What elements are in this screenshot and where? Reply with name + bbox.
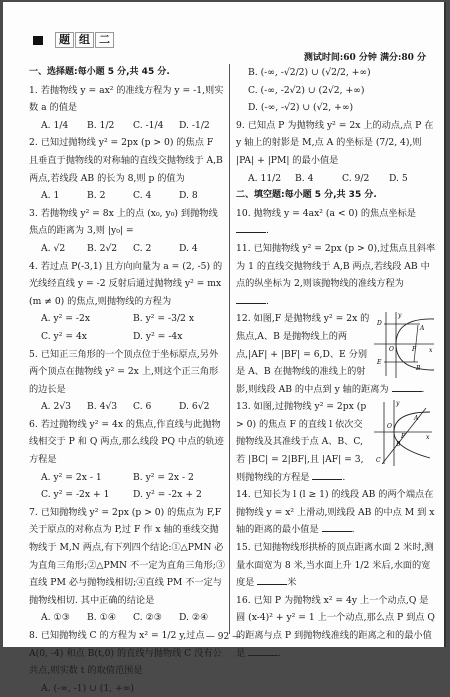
question-6: 6. 若过抛物线 y² = 4x 的焦点,作直线与此抛物线相交于 P 和 Q 两… — [29, 416, 225, 504]
option-d: D. (-∞, -√2) ∪ (√2, +∞) — [236, 99, 436, 117]
column-divider — [229, 64, 230, 634]
options: A. √2 B. 2√2 C. 2 D. 4 — [29, 240, 225, 258]
question-5: 5. 已知正三角形的一个顶点位于坐标原点,另外两个顶点在抛物线 y² = 2x … — [29, 346, 225, 416]
svg-text:A: A — [419, 325, 425, 332]
question-3: 3. 若抛物线 y² = 8x 上的点 (x₀, y₀) 到抛物线焦点的距离为 … — [29, 205, 225, 258]
section-title: 二、填空题:每小题 5 分,共 35 分. — [236, 187, 436, 205]
svg-text:F: F — [411, 346, 417, 353]
options: A. 1 B. 2 C. 4 D. 8 — [29, 187, 225, 205]
page-number: — 92 — — [3, 632, 444, 642]
svg-text:B: B — [415, 365, 421, 372]
question-7: 7. 已知抛物线 y² = 2px (p > 0) 的焦点为 F,F 关于原点的… — [29, 504, 225, 627]
question-2: 2. 已知过抛物线 y² = 2px (p > 0) 的焦点 F 且垂直于抛物线… — [29, 134, 225, 204]
group-title-char: 组 — [75, 32, 94, 48]
options: A. y² = 2x - 1 B. y² = 2x - 2 C. y² = -2… — [29, 469, 225, 504]
question-12: y D A O F x E B 12. 如图,F 是抛物线 y² = 2x 的焦… — [236, 310, 436, 398]
header-marker-icon — [33, 36, 43, 45]
question-16: 16. 已知 P 为抛物线 x² = 4y 上一个动点,Q 是圆 (x-4)² … — [236, 592, 436, 651]
svg-text:A: A — [413, 415, 419, 422]
group-title-char: 二 — [95, 32, 114, 48]
left-column: 一、选择题:每小题 5 分,共 45 分. 1. 若抛物线 y = ax² 的准… — [29, 64, 225, 651]
svg-text:D: D — [376, 320, 382, 327]
svg-text:y: y — [397, 312, 402, 319]
svg-text:C: C — [376, 457, 381, 464]
answer-blank[interactable] — [392, 383, 422, 392]
question-13: y A O F x B C 13. 如图,过抛物线 y² = 2px (p > … — [236, 398, 436, 486]
answer-blank[interactable] — [322, 523, 352, 532]
question-11: 11. 已知抛物线 y² = 2px (p > 0),过焦点且斜率为 1 的直线… — [236, 240, 436, 310]
test-meta: 测试时间:60 分钟 满分:80 分 — [304, 50, 426, 63]
svg-text:O: O — [387, 423, 392, 430]
svg-text:x: x — [426, 434, 430, 441]
question-4: 4. 若过点 P(-3,1) 且方向向量为 a = (2, -5) 的光线经直线… — [29, 258, 225, 346]
options: A. 11/2 B. 4 C. 9/2 D. 5 — [236, 170, 436, 188]
answer-blank[interactable] — [257, 576, 287, 585]
options: A. y² = -2x B. y² = -3/2 x C. y² = 4x D.… — [29, 310, 225, 345]
svg-text:F: F — [400, 433, 406, 440]
svg-text:E: E — [376, 359, 382, 366]
options: A. ①③ B. ①④ C. ②③ D. ②④ — [29, 609, 225, 627]
options: A. 2√3 B. 4√3 C. 6 D. 6√2 — [29, 398, 225, 416]
svg-text:x: x — [429, 347, 433, 354]
svg-text:O: O — [389, 346, 394, 353]
figure-13-parabola-diagram: y A O F x B C — [374, 398, 436, 466]
document-page: 题 组 二 测试时间:60 分钟 满分:80 分 一、选择题:每小题 5 分,共… — [3, 2, 446, 647]
question-9: 9. 已知点 P 为抛物线 y² = 2x 上的动点,点 P 在 y 轴上的射影… — [236, 117, 436, 187]
svg-text:B: B — [395, 441, 401, 448]
question-1: 1. 若抛物线 y = ax² 的准线方程为 y = -1,则实数 a 的值是 … — [29, 82, 225, 135]
figure-12-parabola-diagram: y D A O F x E B — [374, 310, 436, 378]
group-title-char: 题 — [55, 32, 74, 48]
answer-blank[interactable] — [312, 471, 342, 480]
svg-text:y: y — [395, 400, 400, 407]
group-header: 题 组 二 — [33, 32, 115, 48]
option-b: B. (-∞, -√2/2) ∪ (√2/2, +∞) — [236, 64, 436, 82]
section-title: 一、选择题:每小题 5 分,共 45 分. — [29, 64, 225, 82]
options: A. 1/4 B. 1/2 C. -1/4 D. -1/2 — [29, 117, 225, 135]
answer-blank[interactable] — [236, 295, 266, 304]
question-10: 10. 抛物线 y = 4ax² (a < 0) 的焦点坐标是 . — [236, 205, 436, 240]
answer-blank[interactable] — [248, 647, 278, 651]
question-15: 15. 已知抛物线形拱桥的顶点距离水面 2 米时,测量水面宽为 8 米,当水面上… — [236, 539, 436, 592]
right-column: B. (-∞, -√2/2) ∪ (√2/2, +∞) C. (-∞, -2√2… — [236, 64, 436, 651]
answer-blank[interactable] — [236, 224, 266, 233]
question-14: 14. 已知长为 l (l ≥ 1) 的线段 AB 的两个端点在抛物线 y = … — [236, 486, 436, 539]
option-c: C. (-∞, -2√2) ∪ (2√2, +∞) — [236, 82, 436, 100]
